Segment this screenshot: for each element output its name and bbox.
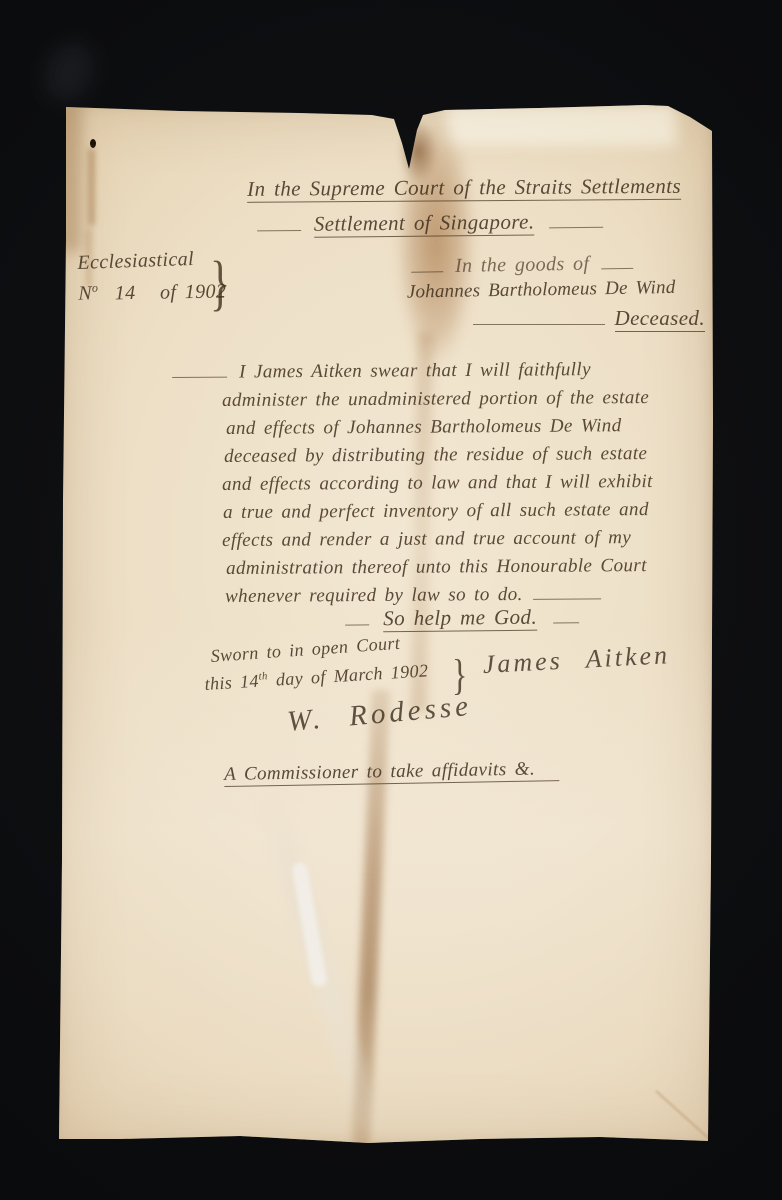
case-ref-line-2: No 14 of 1902 bbox=[78, 278, 227, 305]
dash-rule bbox=[533, 588, 601, 600]
deponent-signature: James Aitken bbox=[482, 640, 671, 680]
dash-rule bbox=[473, 312, 605, 325]
oath-text: So help me God. bbox=[383, 605, 537, 633]
goods-intro-text: In the goods of bbox=[455, 253, 590, 277]
body-line-9-text: whenever required by law so to do. bbox=[225, 584, 523, 607]
case-number: 14 bbox=[115, 282, 136, 304]
dash-rule bbox=[411, 260, 443, 273]
dash-rule bbox=[549, 215, 603, 228]
body-line-8: administration thereof unto this Honoura… bbox=[226, 555, 647, 580]
case-no-prefix: N bbox=[78, 282, 92, 304]
deceased-name: Johannes Bartholomeus De Wind bbox=[382, 276, 700, 304]
commissioner-title: A Commissioner to take affidavits &. bbox=[224, 758, 559, 786]
dash-rule bbox=[257, 218, 301, 231]
dash-rule bbox=[345, 613, 369, 626]
deceased-line: Deceased. bbox=[445, 306, 705, 331]
commissioner-signature: W. Rodesse bbox=[286, 690, 473, 739]
header-line-1: In the Supreme Court of the Straits Sett… bbox=[222, 174, 706, 202]
case-ref-brace: } bbox=[210, 250, 231, 320]
photo-stage: In the Supreme Court of the Straits Sett… bbox=[0, 0, 782, 1200]
case-no-sup: o bbox=[92, 281, 99, 295]
body-line-7: effects and render a just and true accou… bbox=[222, 527, 631, 552]
dash-rule bbox=[172, 366, 227, 378]
jurat-line-2: this 14th day of March 1902 bbox=[204, 660, 429, 695]
jurat-date-pre: this 14 bbox=[204, 671, 259, 694]
body-line-2: administer the unadministered portion of… bbox=[222, 387, 649, 412]
deceased-text: Deceased. bbox=[615, 306, 705, 332]
body-line-1: I James Aitken swear that I will faithfu… bbox=[172, 359, 591, 384]
dash-rule bbox=[601, 257, 633, 270]
handwriting-layer: In the Supreme Court of the Straits Sett… bbox=[0, 0, 782, 1200]
case-ref-line-1: Ecclesiastical bbox=[77, 248, 194, 275]
jurat-line-1: Sworn to in open Court bbox=[210, 633, 401, 667]
jurat-date-post: day of March 1902 bbox=[267, 660, 428, 690]
goods-intro: In the goods of bbox=[397, 252, 647, 279]
header-line-1-text: In the Supreme Court of the Straits Sett… bbox=[247, 174, 681, 203]
dash-rule bbox=[553, 611, 579, 624]
body-line-1-text: I James Aitken swear that I will faithfu… bbox=[239, 359, 591, 382]
body-line-5: and effects according to law and that I … bbox=[222, 471, 653, 496]
body-line-4: deceased by distributing the residue of … bbox=[224, 443, 647, 468]
body-line-3: and effects of Johannes Bartholomeus De … bbox=[226, 415, 622, 440]
oath-line: So help me God. bbox=[312, 604, 612, 632]
body-line-6: a true and perfect inventory of all such… bbox=[223, 499, 649, 524]
header-line-2-text: Settlement of Singapore. bbox=[314, 209, 535, 237]
header-line-2: Settlement of Singapore. bbox=[200, 208, 660, 238]
commissioner-title-text: A Commissioner to take affidavits &. bbox=[224, 758, 559, 787]
